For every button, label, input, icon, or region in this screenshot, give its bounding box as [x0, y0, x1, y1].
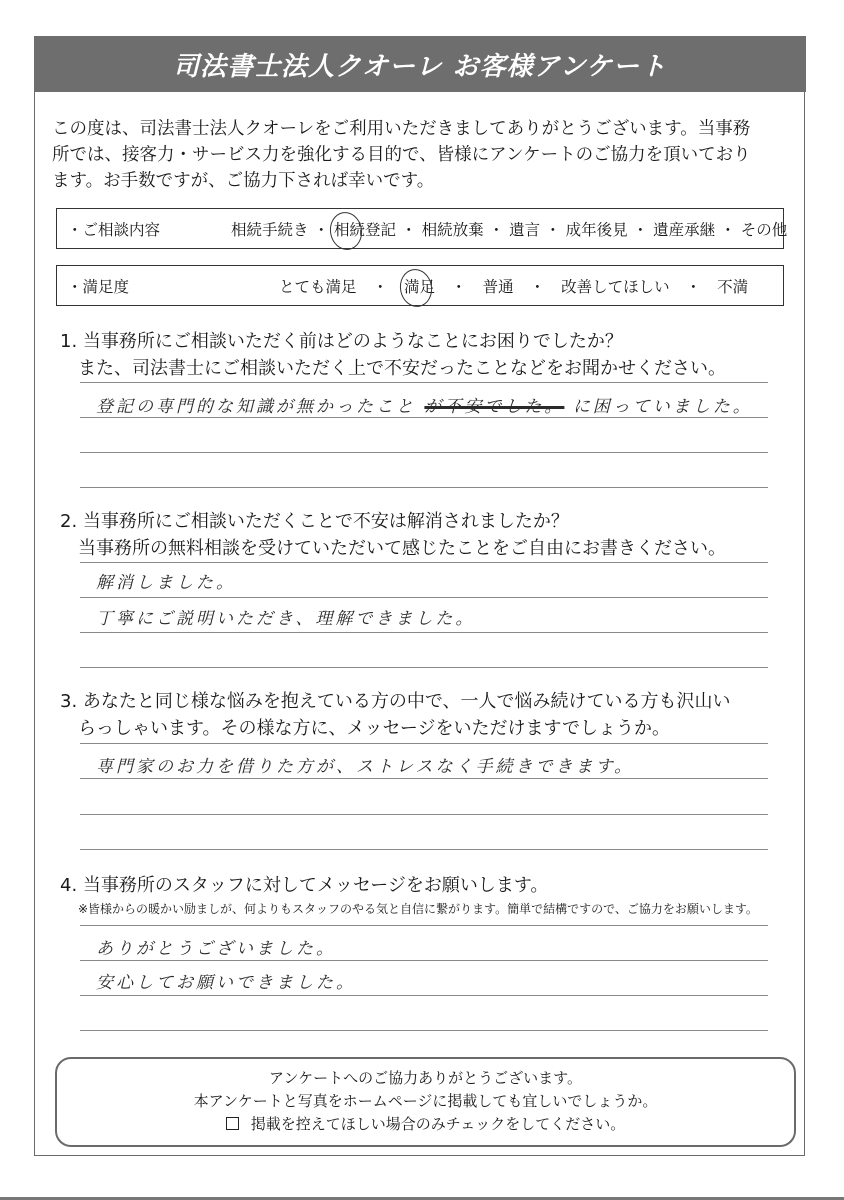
- handwritten-answer-2b[interactable]: 丁寧にご説明いただき、理解できました。: [96, 604, 475, 629]
- option-inheritance-renunciation[interactable]: 相続放棄: [422, 218, 484, 240]
- publish-opt-out: 掲載を控えてほしい場合のみチェックをしてください。: [57, 1113, 794, 1136]
- answer-line: [80, 562, 768, 563]
- separator: ・: [373, 275, 389, 297]
- answer-line: [80, 925, 768, 926]
- question-text: 当事務所にご相談いただくことで不安は解消されましたか？: [83, 511, 569, 532]
- option-dissatisfied[interactable]: 不満: [717, 275, 748, 297]
- answer-line: [80, 995, 768, 996]
- question-4: 4. 当事務所のスタッフに対してメッセージをお願いします。 ※皆様からの暖かい励…: [60, 872, 758, 919]
- question-text: また、司法書士にご相談いただく上で不安だったことなどをお聞かせください。: [60, 355, 726, 382]
- answer-text: 登記の専門的な知識が無かったこと: [96, 397, 416, 417]
- option-will[interactable]: 遺言: [509, 218, 540, 240]
- answer-line: [80, 417, 768, 418]
- satisfaction-options: とても満足 ・ 満足 ・ 普通 ・ 改善してほしい ・ 不満: [279, 275, 748, 297]
- answer-line: [80, 1030, 768, 1031]
- option-inheritance-procedure[interactable]: 相続手続き: [231, 218, 309, 240]
- consultation-type-field: ・ご相談内容 相続手続き ・ 相続登記 ・ 相続放棄 ・ 遺言 ・ 成年後見 ・…: [56, 208, 784, 249]
- answer-line: [80, 849, 768, 850]
- answer-line: [80, 814, 768, 815]
- option-very-satisfied[interactable]: とても満足: [279, 275, 357, 297]
- question-note: ※皆様からの暖かい励ましが、何よりもスタッフのやる気と自信に繋がります。簡単で結…: [60, 899, 758, 919]
- question-number: 4.: [60, 875, 77, 896]
- separator: ・: [686, 275, 702, 297]
- option-satisfied-selected[interactable]: 満足: [404, 275, 435, 297]
- intro-text: この度は、司法書士法人クオーレをご利用いただきましてありがとうございます。当事務…: [52, 116, 792, 194]
- option-inheritance-registration-selected[interactable]: 相続登記: [334, 218, 396, 240]
- answer-line: [80, 667, 768, 668]
- question-text: 当事務所にご相談いただく前はどのようなことにお困りでしたか？: [83, 331, 623, 352]
- question-1: 1. 当事務所にご相談いただく前はどのようなことにお困りでしたか？ また、司法書…: [60, 328, 726, 382]
- intro-line: この度は、司法書士法人クオーレをご利用いただきましてありがとうございます。当事務: [52, 116, 792, 142]
- answer-line: [80, 597, 768, 598]
- question-2: 2. 当事務所にご相談いただくことで不安は解消されましたか？ 当事務所の無料相談…: [60, 508, 726, 562]
- answer-line: [80, 487, 768, 488]
- separator: ・: [401, 218, 417, 240]
- footer-notice: アンケートへのご協力ありがとうございます。 本アンケートと写真をホームページに掲…: [55, 1057, 796, 1147]
- separator: ・: [545, 218, 561, 240]
- answer-line: [80, 960, 768, 961]
- option-estate-succession[interactable]: 遺産承継: [653, 218, 715, 240]
- question-number: 3.: [60, 691, 77, 712]
- option-neutral[interactable]: 普通: [483, 275, 514, 297]
- question-3: 3. あなたと同じ様な悩みを抱えている方の中で、一人で悩み続けている方も沢山い …: [60, 688, 731, 742]
- consultation-options: 相続手続き ・ 相続登記 ・ 相続放棄 ・ 遺言 ・ 成年後見 ・ 遺産承継 ・…: [231, 218, 787, 240]
- answer-line: [80, 778, 768, 779]
- publish-opt-out-checkbox[interactable]: [226, 1117, 239, 1130]
- question-text: 当事務所の無料相談を受けていただいて感じたことをご自由にお書きください。: [60, 535, 726, 562]
- answer-line: [80, 743, 768, 744]
- question-number: 2.: [60, 511, 77, 532]
- separator: ・: [530, 275, 546, 297]
- question-number: 1.: [60, 331, 77, 352]
- survey-header: 司法書士法人クオーレ お客様アンケート: [34, 36, 806, 92]
- struck-text: が不安でした。: [424, 397, 564, 417]
- separator: ・: [451, 275, 467, 297]
- separator: ・: [720, 218, 736, 240]
- survey-title: 司法書士法人クオーレ お客様アンケート: [173, 46, 667, 83]
- intro-line: 所では、接客力・サービス力を強化する目的で、皆様にアンケートのご協力を頂いており: [52, 142, 792, 168]
- answer-line: [80, 632, 768, 633]
- answer-line: [80, 452, 768, 453]
- checkbox-label: 掲載を控えてほしい場合のみチェックをしてください。: [251, 1115, 626, 1133]
- option-adult-guardianship[interactable]: 成年後見: [566, 218, 628, 240]
- handwritten-answer-3[interactable]: 専門家のお力を借りた方が、ストレスなく手続きできます。: [96, 752, 634, 777]
- intro-line: ます。お手数ですが、ご協力下されば幸いです。: [52, 168, 792, 194]
- separator: ・: [314, 218, 330, 240]
- separator: ・: [633, 218, 649, 240]
- handwritten-answer-4a[interactable]: ありがとうございました。: [96, 934, 336, 959]
- handwritten-answer-4b[interactable]: 安心してお願いできました。: [96, 968, 356, 993]
- option-needs-improvement[interactable]: 改善してほしい: [561, 275, 670, 297]
- handwritten-answer-2a[interactable]: 解消しました。: [96, 568, 236, 593]
- question-text: あなたと同じ様な悩みを抱えている方の中で、一人で悩み続けている方も沢山い: [83, 691, 731, 712]
- option-other[interactable]: その他: [741, 218, 788, 240]
- satisfaction-label: ・満足度: [67, 275, 129, 297]
- footer-publish-question: 本アンケートと写真をホームページに掲載しても宜しいでしょうか。: [57, 1090, 794, 1113]
- question-text: らっしゃいます。その様な方に、メッセージをいただけますでしょうか。: [60, 715, 731, 742]
- consultation-type-label: ・ご相談内容: [67, 218, 160, 240]
- answer-line: [80, 382, 768, 383]
- answer-text: に困っていました。: [573, 397, 753, 417]
- question-text: 当事務所のスタッフに対してメッセージをお願いします。: [83, 875, 548, 896]
- satisfaction-field: ・満足度 とても満足 ・ 満足 ・ 普通 ・ 改善してほしい ・ 不満: [56, 265, 784, 306]
- separator: ・: [489, 218, 505, 240]
- handwritten-answer-1[interactable]: 登記の専門的な知識が無かったこと が不安でした。 に困っていました。: [96, 392, 753, 417]
- footer-thanks: アンケートへのご協力ありがとうございます。: [57, 1067, 794, 1090]
